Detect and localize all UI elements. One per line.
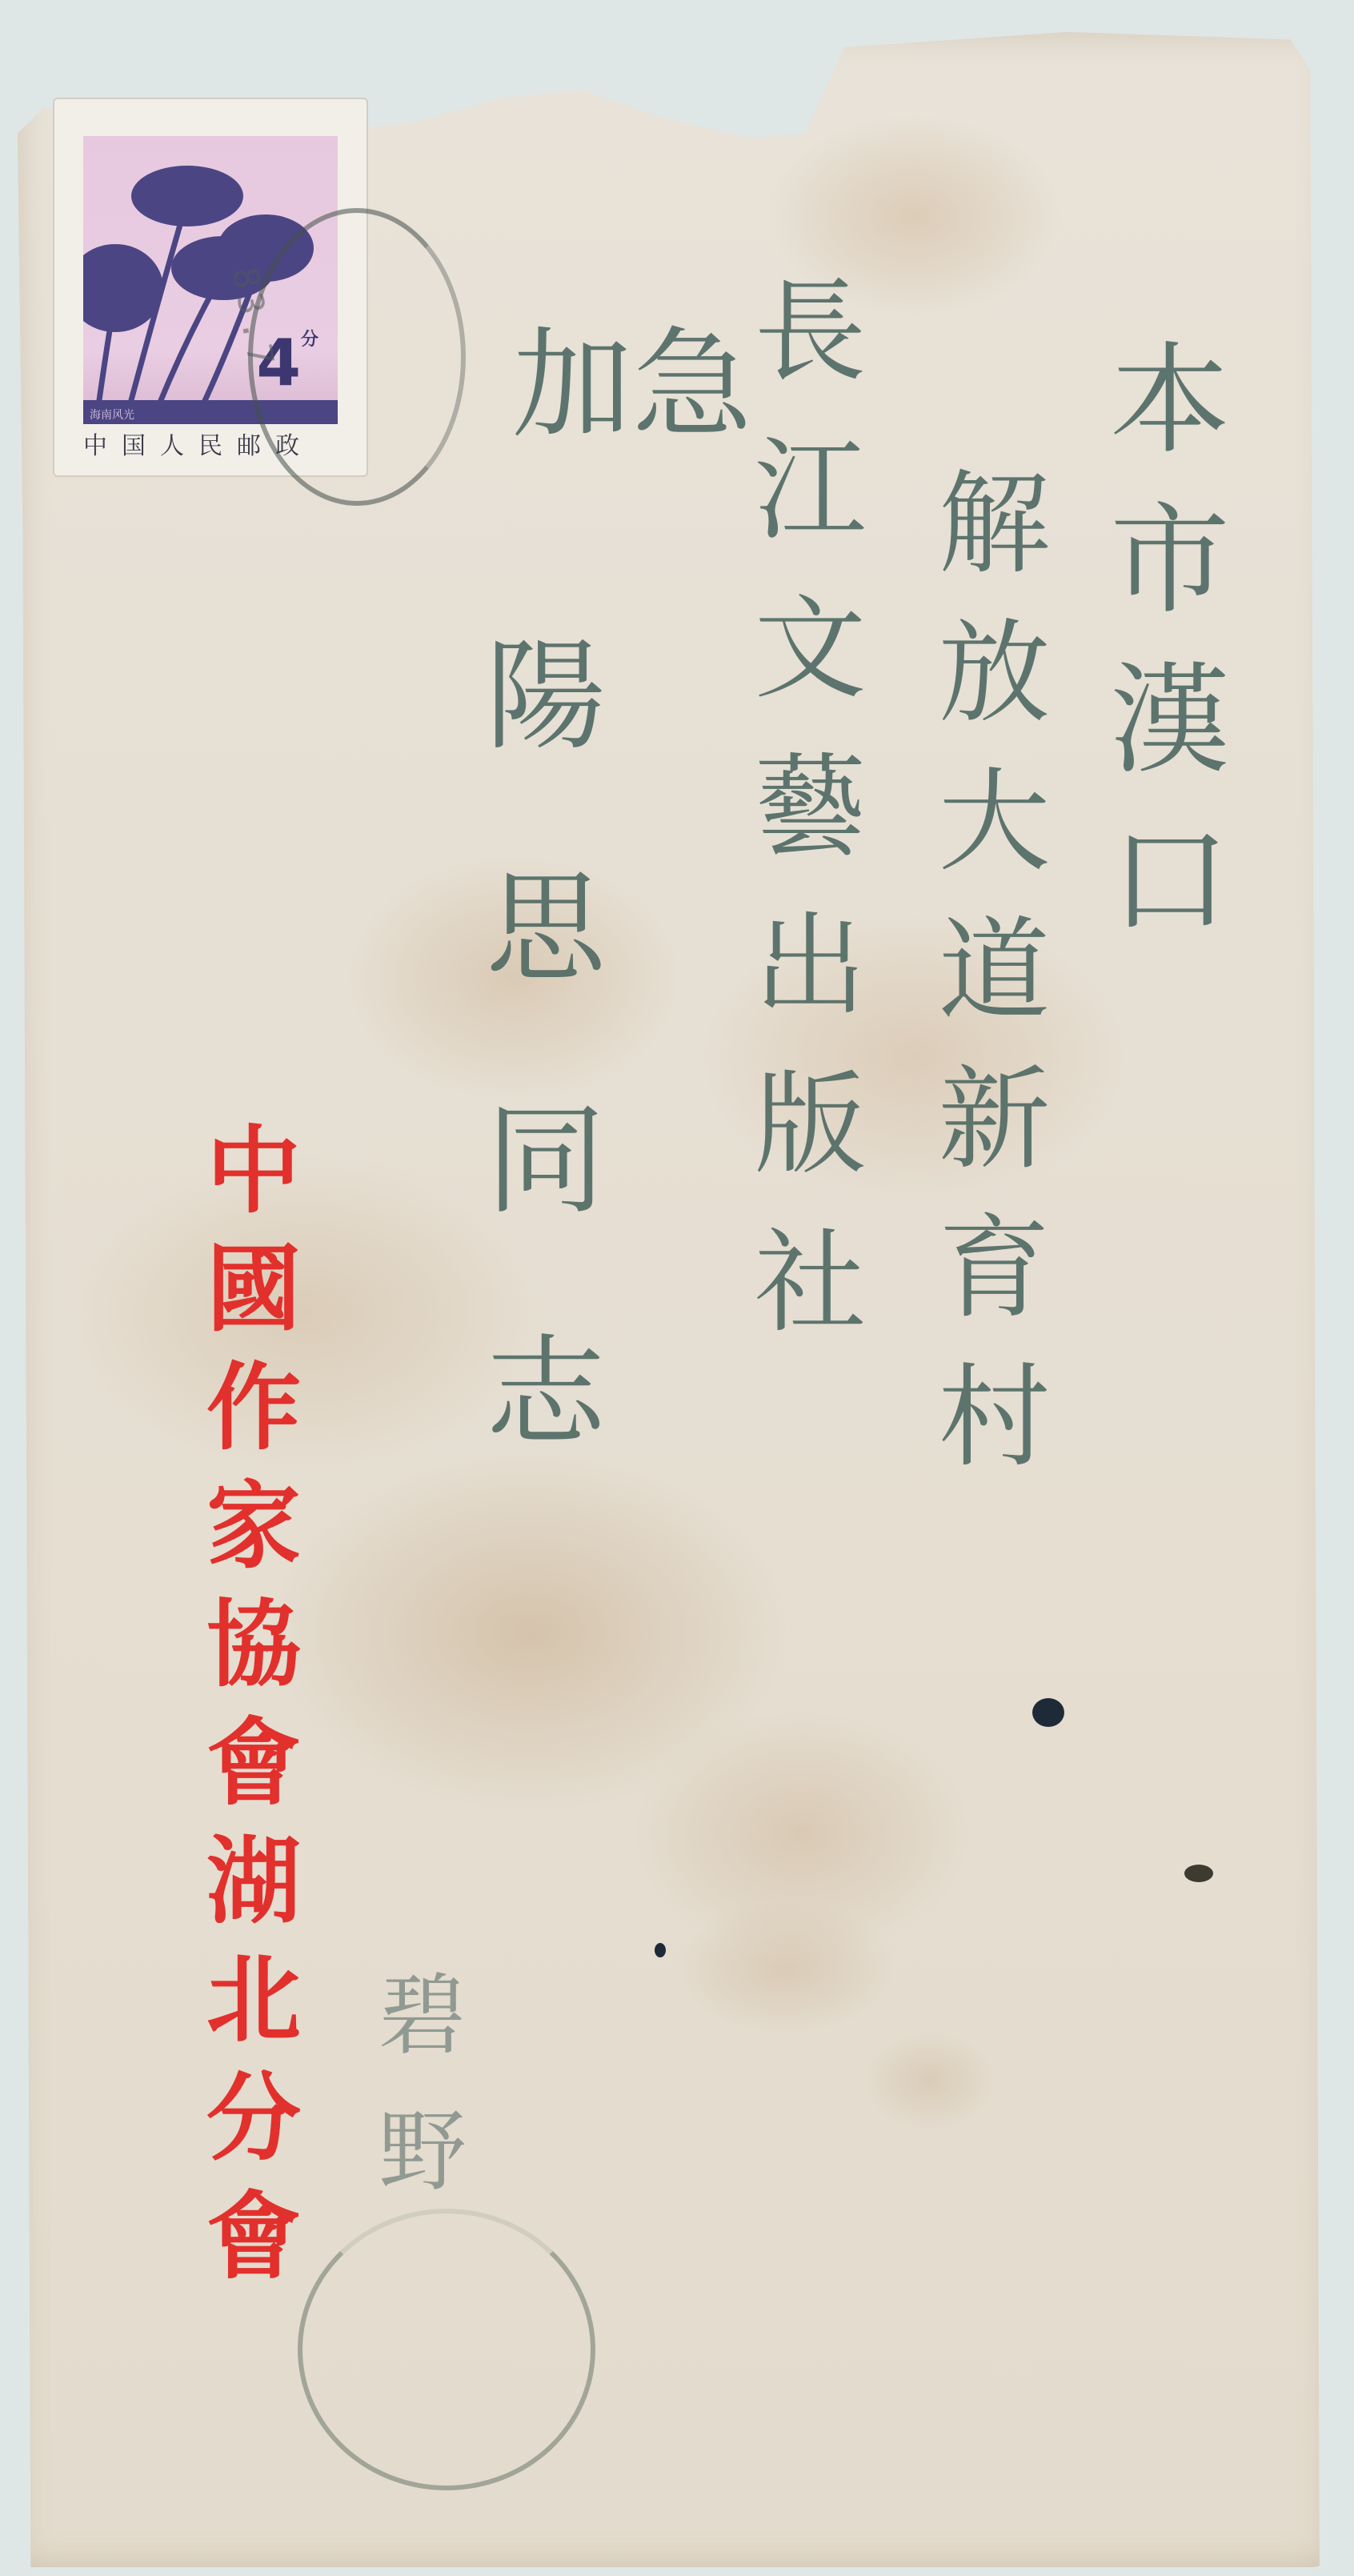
ink-stain xyxy=(1032,1698,1064,1727)
ink-stain xyxy=(1184,1865,1213,1882)
handwritten-annotation: 加急 xyxy=(512,288,752,461)
address-line-recipient: 陽思同志 xyxy=(448,632,621,1560)
address-line-street: 解放大道新育村 xyxy=(904,464,1065,1506)
postmark-top xyxy=(248,208,466,506)
stamp-caption: 海南风光 xyxy=(90,407,134,423)
sender-signature: 碧野 xyxy=(352,1969,479,2241)
ink-stain xyxy=(655,1943,666,1957)
address-line-organization: 長江文藝出版社 xyxy=(720,272,881,1381)
address-line-city: 本市漢口 xyxy=(1072,336,1245,976)
postmark-bottom xyxy=(298,2209,595,2490)
sender-printed-name: 中國作家協會湖北分會 xyxy=(198,1120,293,2305)
